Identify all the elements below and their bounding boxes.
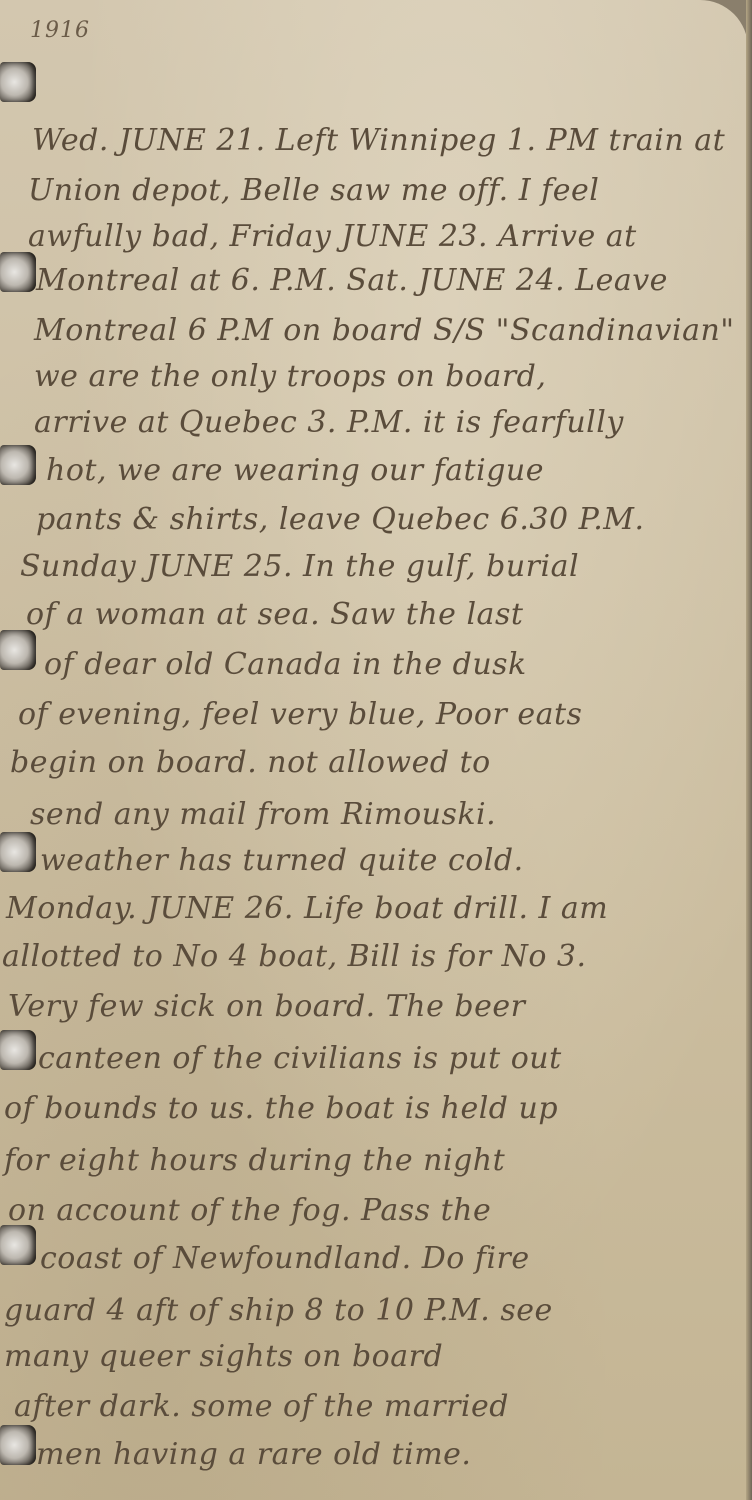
binding-hole <box>0 252 36 292</box>
text-line: of a woman at sea. Saw the last <box>26 600 523 630</box>
text-line: we are the only troops on board, <box>34 362 546 392</box>
text-line: awfully bad, Friday JUNE 23. Arrive at <box>28 222 637 252</box>
text-line: after dark. some of the married <box>14 1392 509 1422</box>
binding-hole <box>0 1425 36 1465</box>
text-line: Sunday JUNE 25. In the gulf, burial <box>20 552 579 582</box>
text-line: allotted to No 4 boat, Bill is for No 3. <box>2 942 587 972</box>
text-line: Montreal at 6. P.M. Sat. JUNE 24. Leave <box>36 266 668 296</box>
text-line: Union depot, Belle saw me off. I feel <box>28 176 599 206</box>
binding-hole <box>0 630 36 670</box>
text-line: Very few sick on board. The beer <box>8 992 525 1022</box>
text-line: Montreal 6 P.M on board S/S "Scandinavia… <box>34 316 735 346</box>
text-line: hot, we are wearing our fatigue <box>46 456 544 486</box>
diary-page: 1916 Wed. JUNE 21. Left Winnipeg 1. PM t… <box>0 0 748 1500</box>
text-line: canteen of the civilians is put out <box>38 1044 562 1074</box>
text-line: on account of the fog. Pass the <box>8 1196 491 1226</box>
text-line: send any mail from Rimouski. <box>30 800 496 830</box>
page-edge <box>746 0 752 1500</box>
text-line: begin on board. not allowed to <box>10 748 491 778</box>
text-line: for eight hours during the night <box>4 1146 505 1176</box>
text-line: of evening, feel very blue, Poor eats <box>18 700 582 730</box>
text-line: many queer sights on board <box>4 1342 443 1372</box>
text-line: of dear old Canada in the dusk <box>44 650 527 680</box>
binding-hole <box>0 62 36 102</box>
text-line: weather has turned quite cold. <box>40 846 524 876</box>
text-line: of bounds to us. the boat is held up <box>4 1094 558 1124</box>
binding-hole <box>0 445 36 485</box>
text-line: coast of Newfoundland. Do fire <box>40 1244 530 1274</box>
text-line: pants & shirts, leave Quebec 6.30 P.M. <box>36 505 644 535</box>
binding-hole <box>0 1225 36 1265</box>
year-heading: 1916 <box>30 18 90 43</box>
text-line: Monday. JUNE 26. Life boat drill. I am <box>6 894 608 924</box>
text-line: guard 4 aft of ship 8 to 10 P.M. see <box>4 1296 553 1326</box>
text-line: men having a rare old time. <box>36 1440 471 1470</box>
binding-hole <box>0 1030 36 1070</box>
text-line: Wed. JUNE 21. Left Winnipeg 1. PM train … <box>32 126 725 156</box>
binding-hole <box>0 832 36 872</box>
text-line: arrive at Quebec 3. P.M. it is fearfully <box>34 408 624 438</box>
